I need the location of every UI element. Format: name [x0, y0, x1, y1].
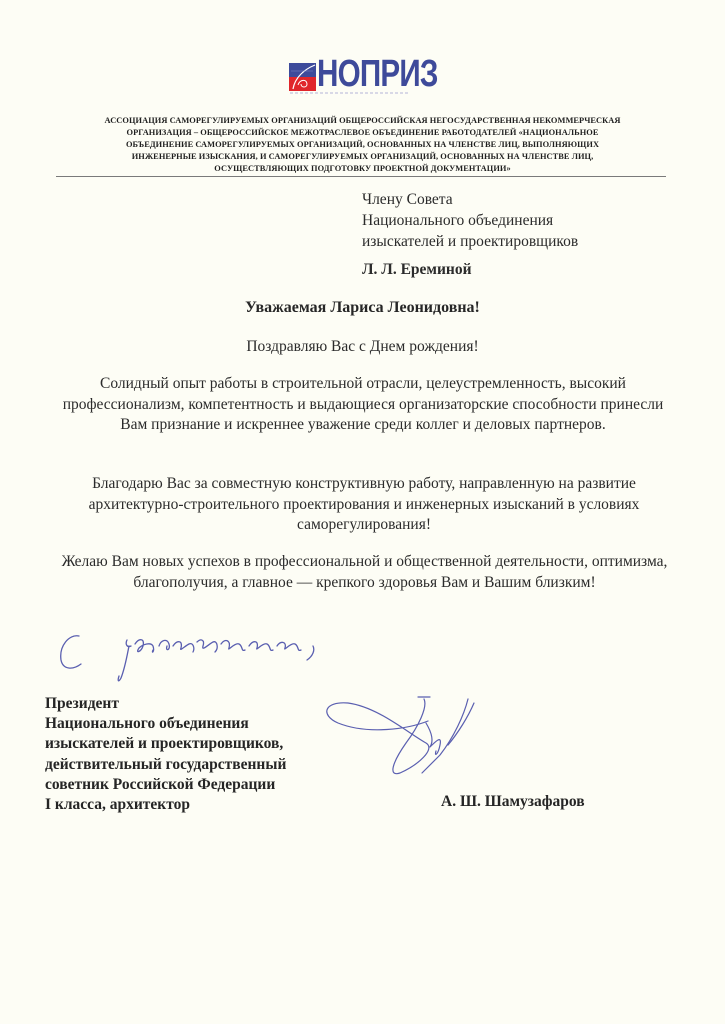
letter-paragraph: Благодарю Вас за совместную конструктивн… [44, 474, 684, 536]
org-header-line: ОРГАНИЗАЦИЯ – ОБЩЕРОССИЙСКОЕ МЕЖОТРАСЛЕВ… [44, 127, 681, 139]
handwritten-closing [55, 624, 345, 684]
addressee-line: изыскателей и проектировщиков [362, 231, 578, 252]
signer-title-line: Национального объединения [45, 714, 286, 734]
handwritten-signature [318, 693, 498, 778]
org-header-line: ИНЖЕНЕРНЫЕ ИЗЫСКАНИЯ, И САМОРЕГУЛИРУЕМЫХ… [44, 151, 681, 163]
signer-title-line: изыскателей и проектировщиков, [45, 734, 286, 754]
header-divider [56, 176, 666, 177]
org-header-line: АССОЦИАЦИЯ САМОРЕГУЛИРУЕМЫХ ОРГАНИЗАЦИЙ … [44, 115, 681, 127]
salutation: Уважаемая Лариса Леонидовна! [0, 299, 725, 317]
org-header-line: ОСУЩЕСТВЛЯЮЩИХ ПОДГОТОВКУ ПРОЕКТНОЙ ДОКУ… [44, 163, 681, 175]
signer-title-line: I класса, архитектор [45, 795, 286, 815]
signer-title-line: действительный государственный [45, 755, 286, 775]
addressee-block: Члену Совета Национального объединения и… [362, 189, 578, 252]
signer-title-line: Президент [45, 694, 286, 714]
organization-header: АССОЦИАЦИЯ САМОРЕГУЛИРУЕМЫХ ОРГАНИЗАЦИЙ … [44, 115, 681, 175]
signer-name: А. Ш. Шамузафаров [441, 793, 585, 811]
letter-paragraph: Солидный опыт работы в строительной отра… [58, 374, 668, 436]
signer-title-block: Президент Национального объединения изыс… [45, 694, 286, 815]
org-header-line: ОБЪЕДИНЕНИЕ САМОРЕГУЛИРУЕМЫХ ОРГАНИЗАЦИЙ… [44, 139, 681, 151]
letter-paragraph: Желаю Вам новых успехов в профессиональн… [42, 552, 687, 593]
addressee-line: Национального объединения [362, 210, 578, 231]
addressee-line: Члену Совета [362, 189, 578, 210]
signer-title-line: советник Российской Федерации [45, 775, 286, 795]
addressee-name: Л. Л. Ереминой [362, 261, 472, 279]
letter-paragraph: Поздравляю Вас с Днем рождения! [40, 337, 685, 358]
logo-subline [290, 92, 410, 94]
nopriz-logo: НОПРИЗ [289, 52, 472, 96]
logo-mark-icon [289, 63, 316, 91]
logo-text: НОПРИЗ [317, 55, 438, 93]
